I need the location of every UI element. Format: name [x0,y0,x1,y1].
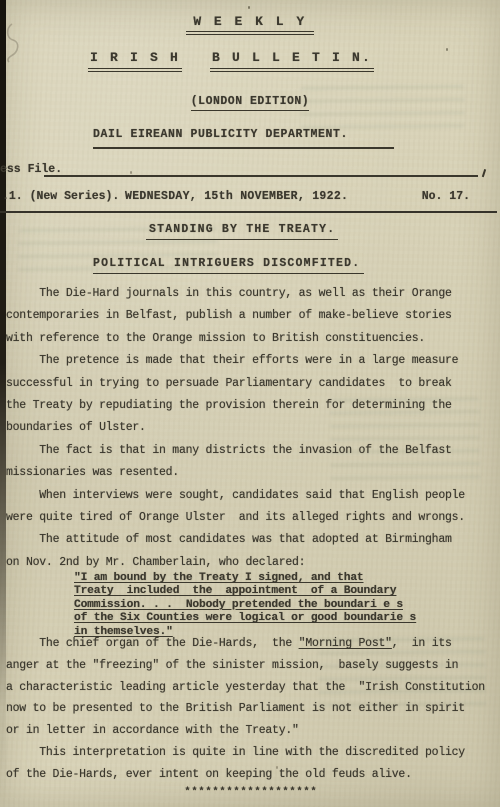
department-underline: DAIL EIREANN PUBLICITY DEPARTMENT. [93,124,394,149]
paragraph-die-hard-journals: The Die-Hard journals in this country, a… [6,283,496,350]
department-line: DAIL EIREANN PUBLICITY DEPARTMENT. [93,124,394,149]
date-line: .1. (New Series). WEDNESDAY, 15th NOVEMB… [0,190,500,206]
issue-number: No. 17. [422,190,470,203]
paragraph-attitude: The attitude of most candidates was that… [6,529,496,574]
masthead-irish: I R I S H [88,50,182,72]
paragraph-interviews: When interviews were sought, candidates … [6,485,496,530]
paper-speckles [248,6,250,9]
paragraph-pretence: The pretence is made that their efforts … [6,350,496,440]
paragraph-conclusion: This interpretation is quite in line wit… [6,742,496,786]
date-label: WEDNESDAY, 15th NOVEMBER, 1922. [125,190,348,203]
edition-label: (LONDON EDITION) [191,95,309,111]
subheadline: POLITICAL INTRIGUERS DISCOMFITED. [93,257,364,274]
edition-line: (LONDON EDITION) [0,91,500,109]
headline: STANDING BY THE TREATY. [146,223,338,240]
paragraph-morning-post: The chief organ of the Die-Hards, the "M… [6,633,496,742]
header-rule [0,211,497,213]
article-tail: The chief organ of the Die-Hards, the "M… [6,633,496,803]
masthead-line2: I R I S H B U L L E T I N. [88,50,374,72]
paragraph-invasion-resented: The fact is that in many districts the i… [6,440,496,485]
file-rule [44,175,478,177]
morning-post-prefix: The chief organ of the Die-Hards, the [6,637,299,650]
morning-post-suffix: , in its anger at the "freezing" of the … [6,637,485,737]
rule-end-tick [481,169,485,177]
masthead-weekly: W E E K L Y [186,14,313,35]
department-label: DAIL EIREANN PUBLICITY DEPARTMENT. [93,128,348,141]
masthead-line1: W E E K L Y [0,12,500,30]
series-label: .1. (New Series). [2,190,119,203]
chamberlain-quote: "I am bound by the Treaty I signed, and … [74,572,460,639]
article-body: The Die-Hard journals in this country, a… [6,283,496,574]
morning-post-title: "Morning Post" [299,637,392,650]
masthead-bulletin: B U L L E T I N. [210,50,374,72]
press-file-line: ess File. [0,163,500,179]
scanned-document-page: W E E K L Y I R I S H B U L L E T I N. (… [0,0,500,807]
